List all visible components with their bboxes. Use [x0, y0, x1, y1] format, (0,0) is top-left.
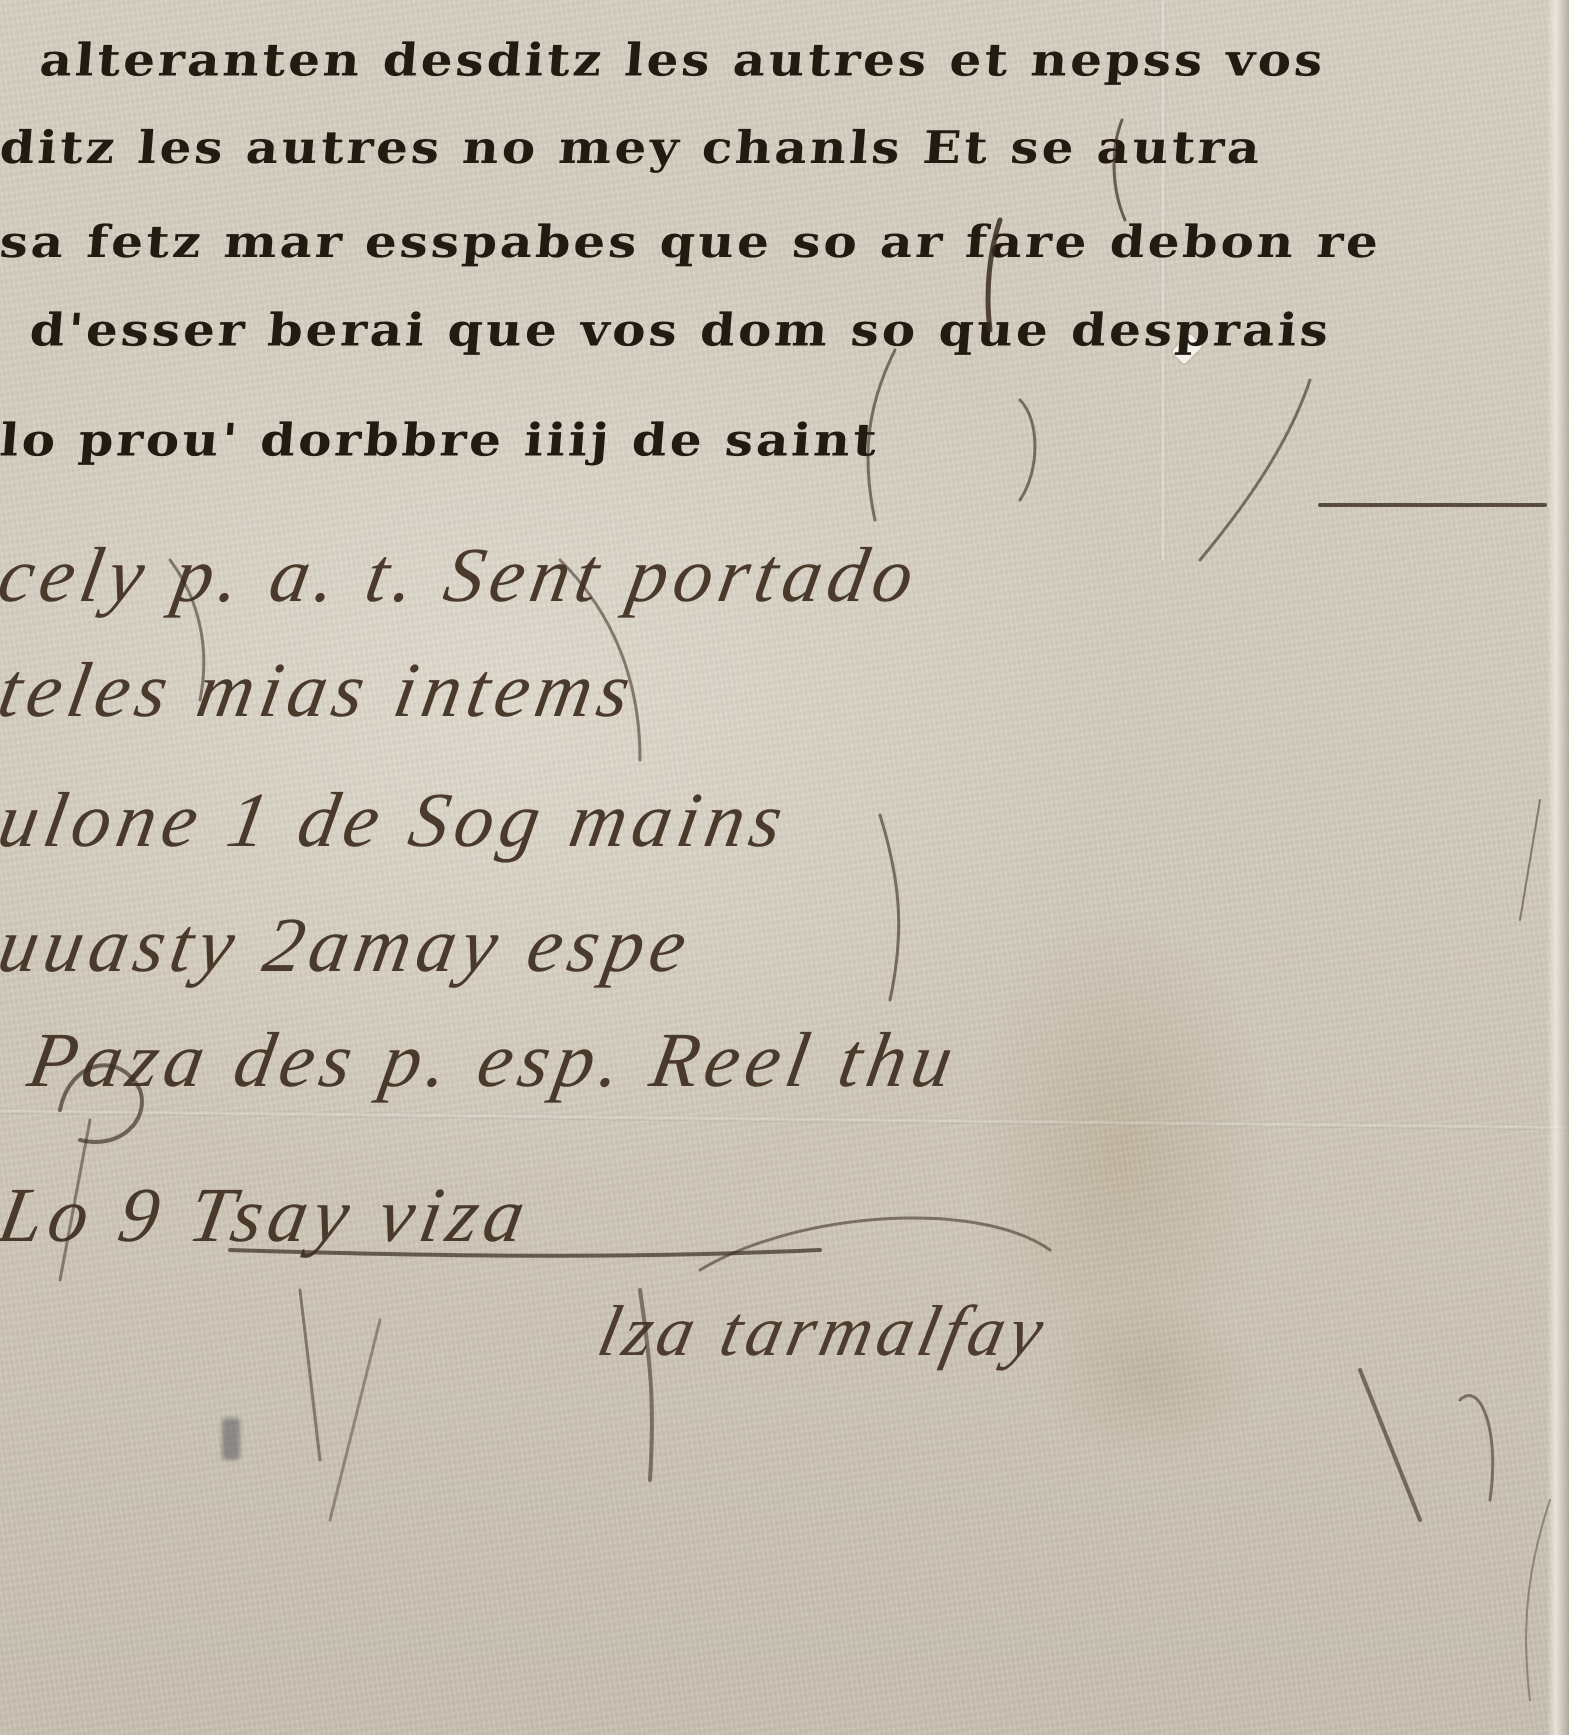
- signature: lza tarmalfay: [591, 1290, 1056, 1373]
- manuscript-line-2: ditz les autres no mey chanls Et se autr…: [0, 121, 1265, 174]
- manuscript-line-8: ulone 1 de Sog mains: [0, 775, 795, 865]
- manuscript-line-10: Paza des p. esp. Reel thu: [22, 1015, 966, 1105]
- manuscript-line-7: teles mias intems: [0, 645, 643, 735]
- manuscript-line-9: uuasty 2amay espe: [0, 900, 699, 990]
- manuscript-line-6: cely p. a. t. Sent portado: [0, 530, 926, 620]
- manuscript-line-3: sa fetz mar esspabes que so ar fare debo…: [0, 215, 1383, 268]
- manuscript-line-11: Lo 9 Tsay viza: [0, 1170, 538, 1260]
- manuscript-line-5: lo prou' dorbbre iiij de saint: [0, 413, 881, 466]
- manuscript-line-1: alteranten desditz les autres et nepss v…: [38, 33, 1328, 86]
- manuscript-line-4: d'esser berai que vos dom so que desprai…: [28, 303, 1333, 356]
- paper-edge: [1547, 0, 1569, 1735]
- ink-smudge: [222, 1418, 240, 1460]
